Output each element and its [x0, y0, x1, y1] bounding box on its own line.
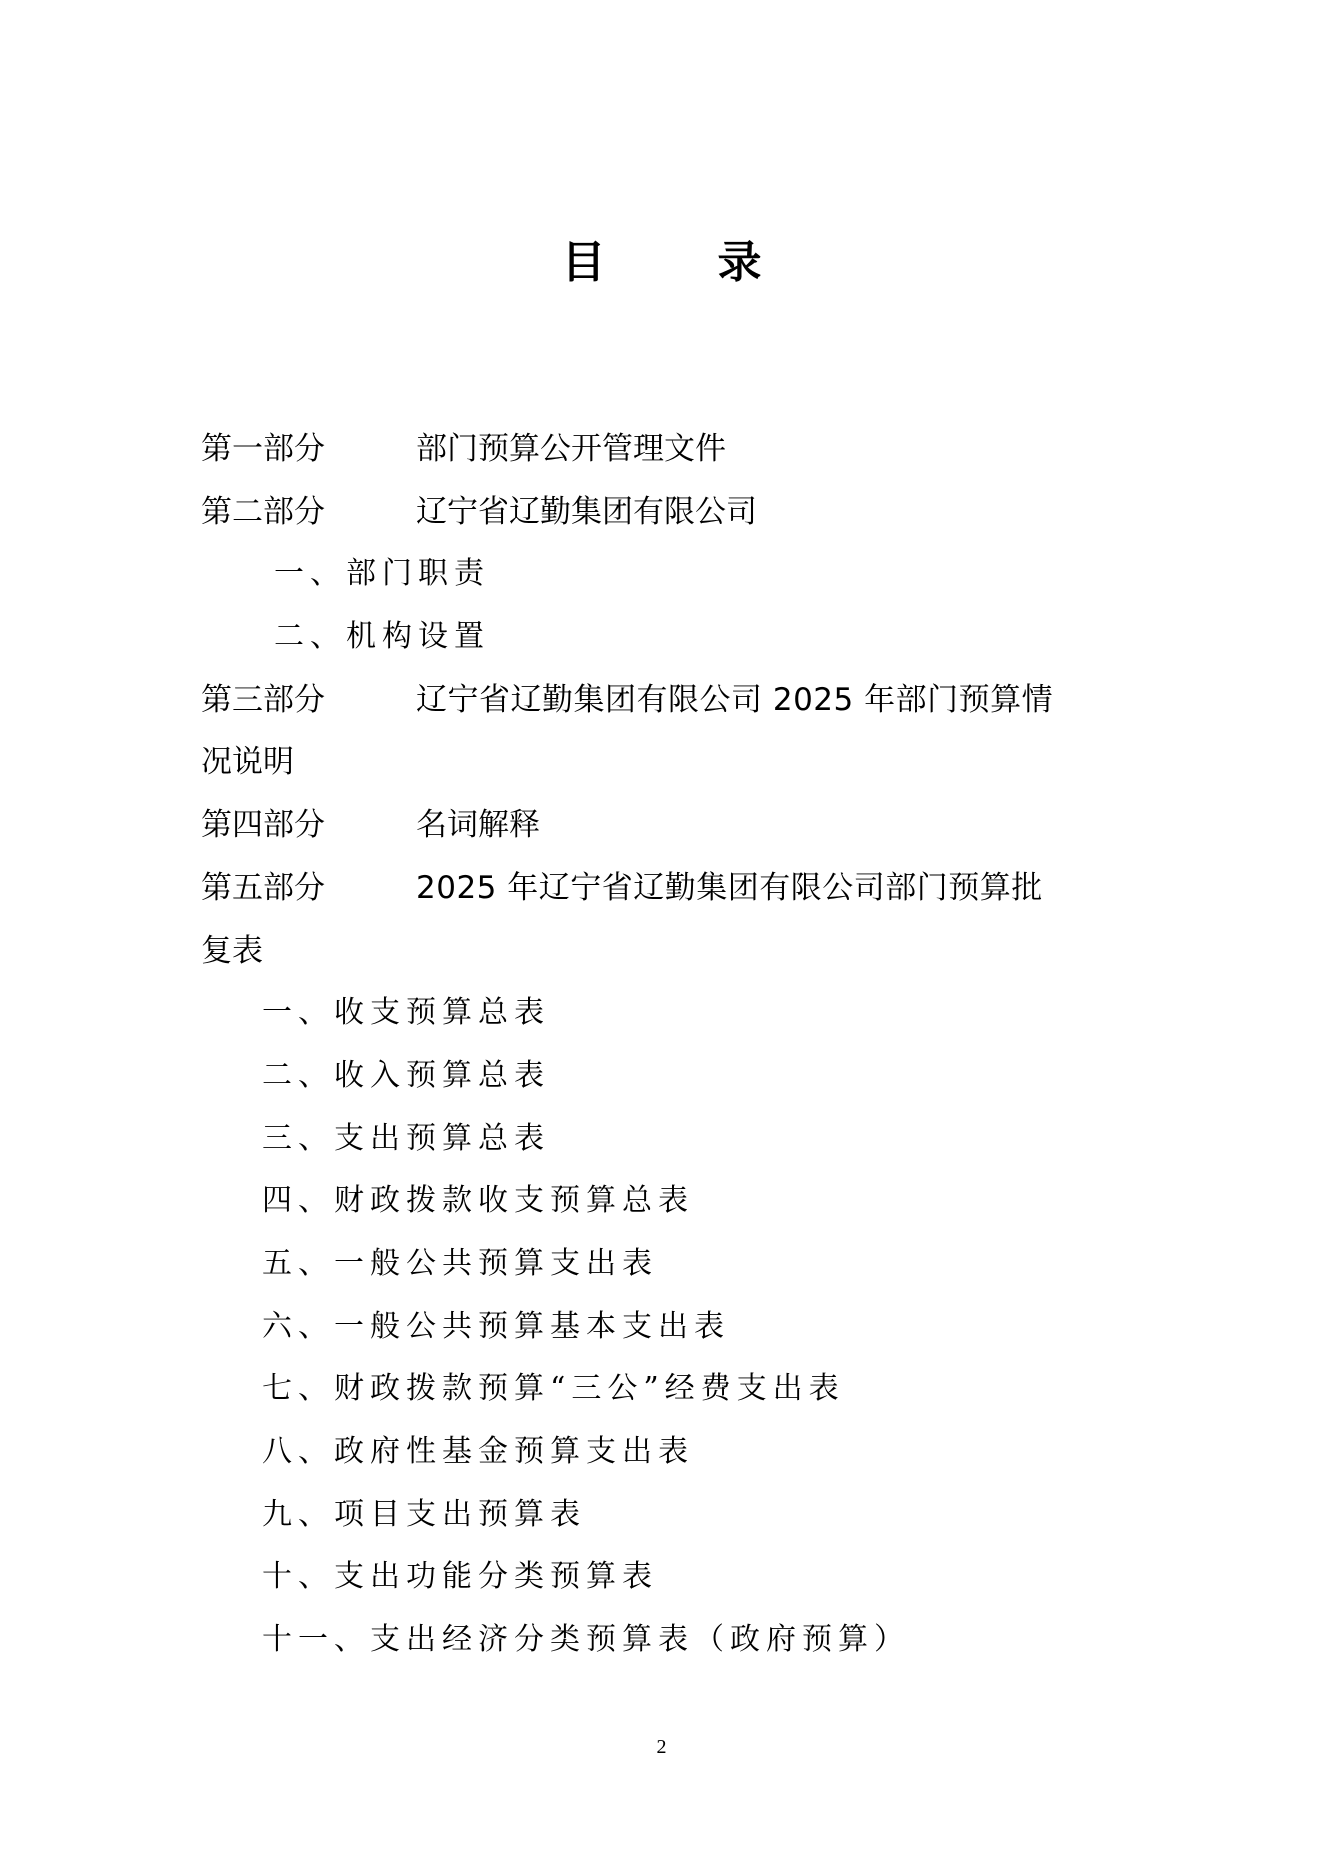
table-of-contents: 第一部分部门预算公开管理文件 第二部分辽宁省辽勤集团有限公司 一、部门职责 二、… [201, 418, 1131, 1672]
toc-item[interactable]: 八、政府性基金预算支出表 [201, 1421, 1131, 1484]
toc-item[interactable]: 一、收支预算总表 [201, 982, 1131, 1045]
toc-part-title: 2025 年辽宁省辽勤集团有限公司部门预算批 [416, 857, 1043, 920]
toc-part-3[interactable]: 第三部分辽宁省辽勤集团有限公司 2025 年部门预算情 [201, 669, 1131, 732]
toc-item[interactable]: 二、收入预算总表 [201, 1045, 1131, 1108]
toc-part-1[interactable]: 第一部分部门预算公开管理文件 [201, 418, 1131, 481]
toc-item[interactable]: 七、财政拨款预算“三公”经费支出表 [201, 1358, 1131, 1421]
page-number: 2 [0, 1736, 1323, 1759]
toc-item[interactable]: 三、支出预算总表 [201, 1108, 1131, 1171]
toc-part-4[interactable]: 第四部分名词解释 [201, 794, 1131, 857]
page-title: 目录 [0, 226, 1323, 290]
toc-item[interactable]: 九、项目支出预算表 [201, 1484, 1131, 1547]
toc-part-label: 第二部分 [201, 481, 416, 544]
toc-part-label: 第一部分 [201, 418, 416, 481]
title-char-2: 录 [718, 226, 762, 290]
toc-part-title: 辽宁省辽勤集团有限公司 2025 年部门预算情 [416, 669, 1053, 732]
toc-item[interactable]: 一、部门职责 [201, 543, 1131, 606]
toc-item[interactable]: 五、一般公共预算支出表 [201, 1233, 1131, 1296]
toc-part-3-continuation[interactable]: 况说明 [201, 731, 1131, 794]
toc-part-label: 第三部分 [201, 669, 416, 732]
toc-part-title: 部门预算公开管理文件 [416, 418, 726, 481]
title-char-1: 目 [562, 226, 606, 290]
toc-item[interactable]: 四、财政拨款收支预算总表 [201, 1170, 1131, 1233]
toc-part-title: 辽宁省辽勤集团有限公司 [416, 481, 757, 544]
toc-item[interactable]: 十一、支出经济分类预算表（政府预算） [201, 1609, 1131, 1672]
toc-part-label: 第四部分 [201, 794, 416, 857]
toc-part-label: 第五部分 [201, 857, 416, 920]
document-page: 目录 第一部分部门预算公开管理文件 第二部分辽宁省辽勤集团有限公司 一、部门职责… [0, 0, 1323, 1871]
toc-item[interactable]: 十、支出功能分类预算表 [201, 1546, 1131, 1609]
toc-part-2[interactable]: 第二部分辽宁省辽勤集团有限公司 [201, 481, 1131, 544]
toc-item[interactable]: 六、一般公共预算基本支出表 [201, 1296, 1131, 1359]
toc-part-5-continuation[interactable]: 复表 [201, 920, 1131, 983]
toc-part-title: 名词解释 [416, 794, 540, 857]
toc-part-5[interactable]: 第五部分2025 年辽宁省辽勤集团有限公司部门预算批 [201, 857, 1131, 920]
toc-item[interactable]: 二、机构设置 [201, 606, 1131, 669]
